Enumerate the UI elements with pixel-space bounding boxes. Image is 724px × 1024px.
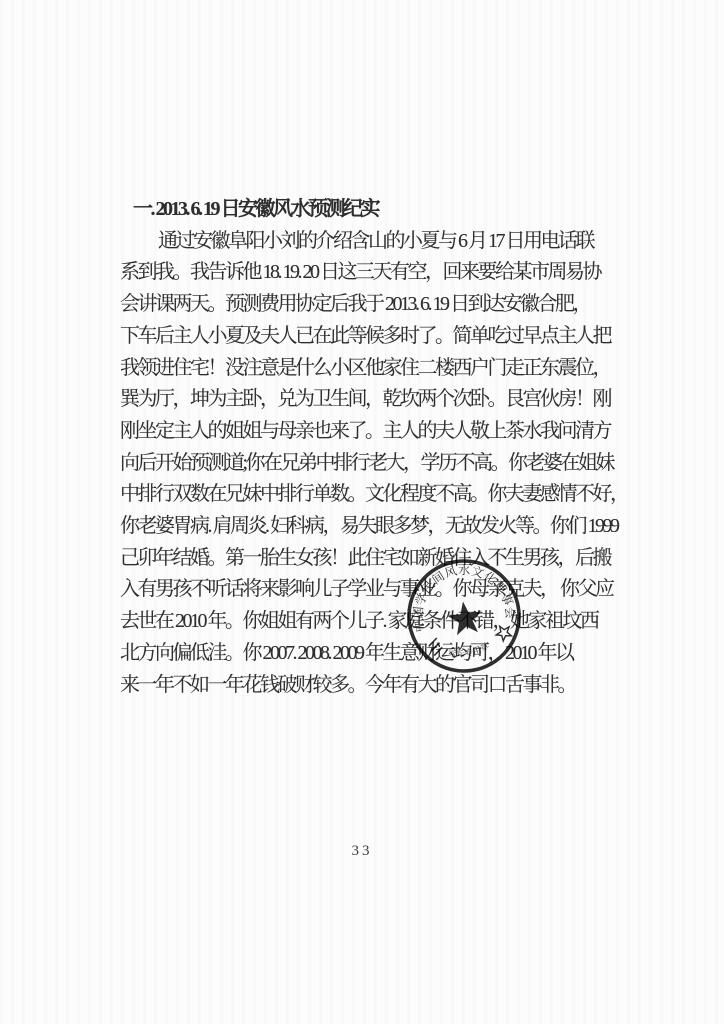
text-block: 一. 2013. 6. 19 日安徽风水预测纪实 通过安徽阜阳小刘的介绍含山的小…	[120, 194, 620, 701]
section-heading: 一. 2013. 6. 19 日安徽风水预测纪实	[133, 194, 620, 226]
body-line: 去世在 2010 年。你姐姐有两个儿子. 家庭条件不错，她家祖坟西	[120, 606, 620, 638]
body-line: 己卯年结婚。第一胎生女孩！此住宅如新婚住入不生男孩，后搬	[120, 543, 620, 575]
scanned-document-page: 一. 2013. 6. 19 日安徽风水预测纪实 通过安徽阜阳小刘的介绍含山的小…	[0, 0, 724, 1024]
body-line: 巽为厅，坤为主卧，兑为卫生间，乾坎两个次卧。艮宫伙房！刚	[120, 384, 620, 416]
body-line: 通过安徽阜阳小刘的介绍含山的小夏与 6 月 17 日用电话联	[158, 226, 620, 258]
body-line: 系到我。我告诉他 18. 19. 20 日这三天有空，回来要给某市周易协	[120, 257, 620, 289]
body-line: 中排行双数在兄妹中排行单数。文化程度不高。你夫妻感情不好，	[120, 479, 620, 511]
body-line: 你老婆胃病. 肩周炎. 妇科病，易失眼多梦，无故发火等。你们 1999	[120, 511, 620, 543]
body-line: 来一年不如一年花钱破财较多。今年有大的官司口舌事非。	[120, 670, 620, 702]
body-line: 我领进住宅！没注意是什么小区他家住二楼西户门走正东震位，	[120, 353, 620, 385]
body-line: 会讲课两天。预测费用协定后我于 2013. 6. 19 日到达安徽合肥，	[120, 289, 620, 321]
page-number: 33	[336, 843, 388, 860]
body-line: 刚坐定主人的姐姐与母亲也来了。主人的夫人敬上茶水我问清方	[120, 416, 620, 448]
body-line: 向后开始预测道;你在兄弟中排行老大，学历不高。你老婆在姐妹	[120, 448, 620, 480]
body-line: 入有男孩不听话将来影响儿子学业与事业。你母亲克夫， 你父应	[120, 574, 620, 606]
body-line: 下车后主人小夏及夫人已在此等候多时了。简单吃过早点主人把	[120, 321, 620, 353]
body-line: 北方向偏低洼。你 2007. 2008. 2009 年生意财运均可，2010 年…	[120, 638, 620, 670]
